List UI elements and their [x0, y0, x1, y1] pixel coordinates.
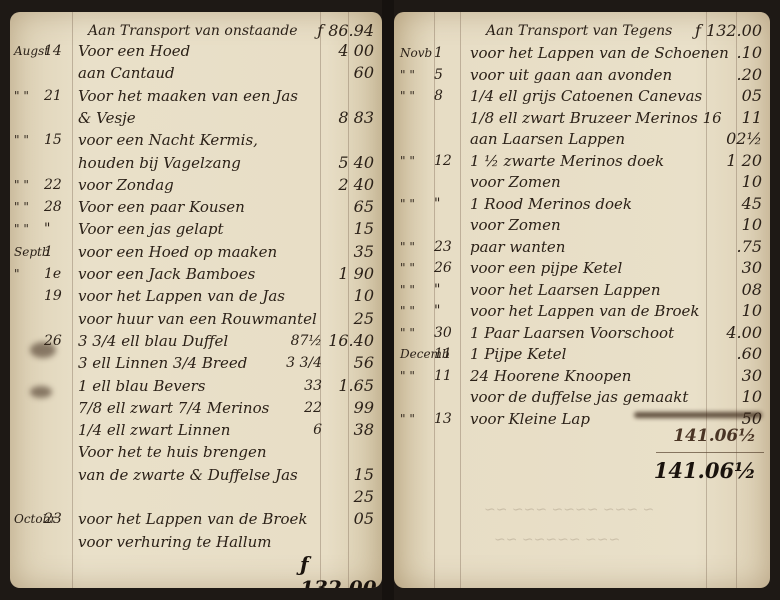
entry-description: voor het Lappen van de Broek: [470, 300, 700, 322]
entry-day: 23: [44, 508, 74, 530]
entry-day: 11: [434, 343, 464, 365]
ledger-entry-row: " ""voor het Laarsen Lappen08: [394, 279, 770, 301]
entry-amount: 11: [712, 107, 762, 129]
entry-amount: .60: [712, 343, 762, 365]
entry-description: paar wanten: [470, 236, 565, 258]
entry-amount: 10: [324, 285, 374, 307]
ledger-entry-row: Septb1voor een Hoed op maaken35: [10, 241, 382, 263]
carry-forward-row: Aan Transport van Tegens ƒ 132.00: [394, 20, 770, 42]
entry-amount: 1 20: [712, 150, 762, 172]
entry-amount: 05: [712, 85, 762, 107]
ledger-entry-row: voor verhuring te Hallum: [10, 531, 382, 553]
ledger-entry-row: aan Cantaud60: [10, 62, 382, 84]
ledger-entry-row: voor de duffelse jas gemaakt10: [394, 386, 770, 408]
entry-day: 19: [44, 285, 74, 307]
total-rule: [656, 452, 764, 453]
entry-amount: 16.40: [324, 330, 374, 352]
left-page: Aan Transport van onstaande ƒ 86.94 Augs…: [10, 12, 382, 588]
entry-amount: .20: [712, 64, 762, 86]
entry-description: & Vesje: [78, 107, 136, 129]
entry-day: 12: [434, 150, 464, 172]
ledger-entry-row: " "28Voor een paar Kousen65: [10, 196, 382, 218]
ledger-entry-row: 3 ell Linnen 3/4 Breed3 3/456: [10, 352, 382, 374]
entry-description: 1/8 ell zwart Bruzeer Merinos 16: [470, 107, 722, 129]
entry-description: houden bij Vagelzang: [78, 152, 241, 174]
entry-description: Voor het te huis brengen: [78, 441, 267, 463]
entry-day: 11: [434, 365, 464, 387]
ledger-entry-row: " "5voor uit gaan aan avonden.20: [394, 64, 770, 86]
ledger-entry-row: voor huur van een Rouwmantel25: [10, 308, 382, 330]
entry-description: Voor een paar Kousen: [78, 196, 245, 218]
entry-day: ": [434, 193, 464, 215]
entry-description: aan Laarsen Lappen: [470, 128, 625, 150]
entry-description: voor een Nacht Kermis,: [78, 129, 258, 151]
ledger-entry-row: Octobr23voor het Lappen van de Broek05: [10, 508, 382, 530]
carry-forward-row: Aan Transport van onstaande ƒ 86.94: [10, 20, 382, 42]
ledger-entry-row: voor Zomen10: [394, 214, 770, 236]
entry-description: voor Zomen: [470, 214, 561, 236]
entry-description: Voor een jas gelapt: [78, 218, 224, 240]
entry-amount: 2 40: [324, 174, 374, 196]
entry-day: 13: [434, 408, 464, 430]
ledger-entry-row: " "23paar wanten.75: [394, 236, 770, 258]
entry-description: voor een pijpe Ketel: [470, 257, 622, 279]
entry-amount: 30: [712, 365, 762, 387]
entry-day: 28: [44, 196, 74, 218]
entry-unit-price: 3 3/4: [286, 352, 322, 374]
ledger-entry-row: Decemb111 Pijpe Ketel.60: [394, 343, 770, 365]
entry-day: 1e: [44, 263, 74, 285]
entry-day: 1: [434, 42, 464, 64]
entry-description: 1 ell blau Bevers: [78, 375, 205, 397]
entry-description: 24 Hoorene Knoopen: [470, 365, 631, 387]
entry-description: 3 ell Linnen 3/4 Breed: [78, 352, 247, 374]
entry-amount: 15: [324, 218, 374, 240]
entry-description: Voor het maaken van een Jas: [78, 85, 298, 107]
entry-description: 1/4 ell grijs Catoenen Canevas: [470, 85, 702, 107]
entry-day: 22: [44, 174, 74, 196]
entry-description: voor het Lappen van de Jas: [78, 285, 285, 307]
entry-description: voor verhuring te Hallum: [78, 531, 272, 553]
entry-amount: 02½: [712, 128, 762, 150]
ledger-entry-row: " "15voor een Nacht Kermis,: [10, 129, 382, 151]
ledger-entry-row: 7/8 ell zwart 7/4 Merinos2299: [10, 397, 382, 419]
entry-description: 1/4 ell zwart Linnen: [78, 419, 230, 441]
entry-day: 14: [44, 40, 74, 62]
entry-amount: 65: [324, 196, 374, 218]
entry-amount: 05: [324, 508, 374, 530]
entry-amount: 99: [324, 397, 374, 419]
entry-unit-price: 6: [313, 419, 322, 441]
entry-description: voor Kleine Lap: [470, 408, 590, 430]
ledger-entry-row: houden bij Vagelzang5 40: [10, 152, 382, 174]
entry-amount: 10: [712, 214, 762, 236]
entry-day: ": [434, 300, 464, 322]
ledger-entry-row: " "81/4 ell grijs Catoenen Canevas05: [394, 85, 770, 107]
entry-amount: 10: [712, 300, 762, 322]
ledger-entry-row: 1/8 ell zwart Bruzeer Merinos 1611: [394, 107, 770, 129]
entry-unit-price: 33: [304, 375, 322, 397]
ledger-entry-row: 19voor het Lappen van de Jas10: [10, 285, 382, 307]
entry-amount: 8 83: [324, 107, 374, 129]
carry-forward-amount: ƒ 86.94: [294, 20, 374, 42]
entry-description: voor Zomen: [470, 171, 561, 193]
entry-amount: 15: [324, 464, 374, 486]
entry-unit-price: 87½: [291, 330, 322, 352]
ledger-entry-row: " "121 ½ zwarte Merinos doek1 20: [394, 150, 770, 172]
page-total: ƒ 132.00: [300, 552, 382, 588]
entry-description: 1 ½ zwarte Merinos doek: [470, 150, 664, 172]
entry-unit-price: 22: [304, 397, 322, 419]
ink-blot: [634, 412, 762, 418]
entry-amount: 35: [324, 241, 374, 263]
entry-description: voor de duffelse jas gemaakt: [470, 386, 688, 408]
bleed-through-text: ~~~ ~~~~~ ~~: [494, 532, 620, 548]
ledger-entry-row: " "26voor een pijpe Ketel30: [394, 257, 770, 279]
entry-day: ": [44, 218, 74, 240]
entry-amount: 60: [324, 62, 374, 84]
entry-day: 30: [434, 322, 464, 344]
entry-day: 26: [434, 257, 464, 279]
entry-description: Voor een Hoed: [78, 40, 190, 62]
entry-description: voor een Jack Bamboes: [78, 263, 255, 285]
ledger-entry-row: & Vesje8 83: [10, 107, 382, 129]
entry-amount: 10: [712, 386, 762, 408]
entry-description: voor het Lappen van de Schoenen: [470, 42, 729, 64]
entry-description: voor het Laarsen Lappen: [470, 279, 660, 301]
carry-forward-amount: ƒ 132.00: [682, 20, 762, 42]
entry-description: 1 Rood Merinos doek: [470, 193, 632, 215]
entry-amount: 4 00: [324, 40, 374, 62]
ledger-entry-row: 1 ell blau Bevers331.65: [10, 375, 382, 397]
ledger-entry-row: 1/4 ell zwart Linnen638: [10, 419, 382, 441]
entry-amount: .75: [712, 236, 762, 258]
entry-amount: 10: [712, 171, 762, 193]
entry-amount: 4.00: [712, 322, 762, 344]
book-gutter: [382, 0, 394, 600]
entry-description: voor huur van een Rouwmantel: [78, 308, 317, 330]
ledger-entry-row: " ""Voor een jas gelapt15: [10, 218, 382, 240]
entry-day: 23: [434, 236, 464, 258]
entry-day: 8: [434, 85, 464, 107]
entry-amount: 25: [324, 308, 374, 330]
entry-day: 21: [44, 85, 74, 107]
entry-day: 1: [44, 241, 74, 263]
page-total: 141.06½: [654, 458, 756, 483]
entry-day: 15: [44, 129, 74, 151]
entry-description: van de zwarte & Duffelse Jas: [78, 464, 298, 486]
ledger-entry-row: " "301 Paar Laarsen Voorschoot4.00: [394, 322, 770, 344]
entry-description: 1 Paar Laarsen Voorschoot: [470, 322, 674, 344]
entry-amount: 08: [712, 279, 762, 301]
ledger-entry-row: " "22voor Zondag2 40: [10, 174, 382, 196]
entry-amount: 5 40: [324, 152, 374, 174]
entry-description: 7/8 ell zwart 7/4 Merinos: [78, 397, 269, 419]
ledger-entry-row: " "1124 Hoorene Knoopen30: [394, 365, 770, 387]
ledger-entry-row: "1evoor een Jack Bamboes1 90: [10, 263, 382, 285]
ledger-entry-row: Augst14Voor een Hoed4 00: [10, 40, 382, 62]
entry-amount: 25: [324, 486, 374, 508]
ink-smudge: [30, 386, 52, 398]
entry-amount: 30: [712, 257, 762, 279]
entry-amount: .10: [712, 42, 762, 64]
ledger-entry-row: " ""voor het Lappen van de Broek10: [394, 300, 770, 322]
entry-amount: 1 90: [324, 263, 374, 285]
ledger-entry-row: " ""1 Rood Merinos doek45: [394, 193, 770, 215]
entry-amount: 56: [324, 352, 374, 374]
entry-description: voor een Hoed op maaken: [78, 241, 277, 263]
ledger-entry-row: 263 3/4 ell blau Duffel87½16.40: [10, 330, 382, 352]
ink-smudge: [30, 342, 56, 358]
entry-description: voor Zondag: [78, 174, 174, 196]
entry-amount: 45: [712, 193, 762, 215]
entry-day: 5: [434, 64, 464, 86]
bleed-through-text: ~ ~~~ ~~~~ ~~~ ~~: [484, 502, 654, 518]
entry-description: 1 Pijpe Ketel: [470, 343, 566, 365]
entry-amount: 38: [324, 419, 374, 441]
ledger-entry-row: van de zwarte & Duffelse Jas15: [10, 464, 382, 486]
carry-forward-label: Aan Transport van Tegens: [486, 20, 672, 42]
ledger-entry-row: 25: [10, 486, 382, 508]
entry-amount: 1.65: [324, 375, 374, 397]
entry-description: voor uit gaan aan avonden: [470, 64, 672, 86]
ledger-entry-row: aan Laarsen Lappen02½: [394, 128, 770, 150]
entry-description: 3 3/4 ell blau Duffel: [78, 330, 228, 352]
carry-forward-label: Aan Transport van onstaande: [88, 20, 298, 42]
ledger-entry-row: Voor het te huis brengen: [10, 441, 382, 463]
entry-description: aan Cantaud: [78, 62, 175, 84]
ledger-entry-row: Novb1voor het Lappen van de Schoenen.10: [394, 42, 770, 64]
entry-day: ": [434, 279, 464, 301]
ledger-entry-row: voor Zomen10: [394, 171, 770, 193]
page-subtotal: 141.06½: [673, 426, 756, 446]
ledger-book: Aan Transport van onstaande ƒ 86.94 Augs…: [0, 0, 780, 600]
ledger-entry-row: " "21Voor het maaken van een Jas: [10, 85, 382, 107]
right-page: Aan Transport van Tegens ƒ 132.00 Novb1v…: [394, 12, 770, 588]
entry-description: voor het Lappen van de Broek: [78, 508, 308, 530]
